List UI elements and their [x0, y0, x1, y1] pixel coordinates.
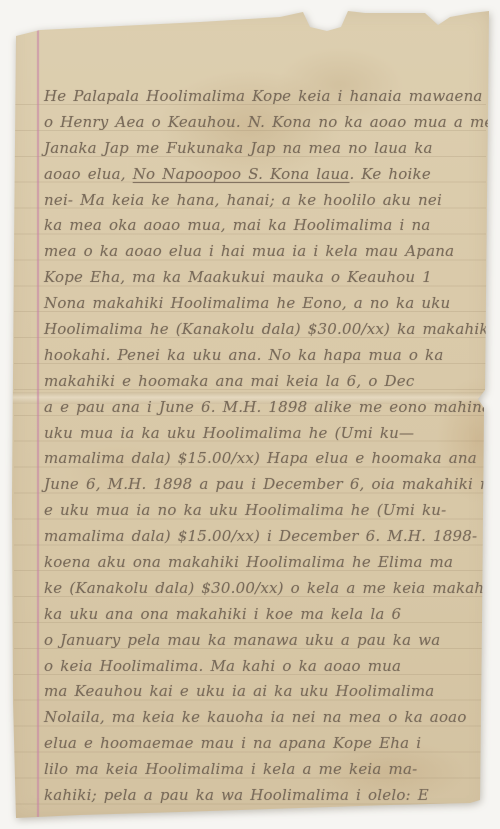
margin-line [37, 28, 39, 817]
handwritten-line: o January pela mau ka manawa uku a pau k… [44, 628, 474, 654]
line-text: ke (Kanakolu dala) $30.00/xx) o kela a m… [44, 579, 500, 597]
line-text: aoao elua, [44, 165, 133, 183]
handwritten-line: ma Keauhou kai e uku ia ai ka uku Hoolim… [44, 679, 474, 705]
line-text: ka mea oka aoao mua, mai ka Hoolimalima … [44, 216, 430, 234]
handwritten-line: Nolaila, ma keia ke kauoha ia nei na mea… [44, 705, 474, 731]
line-text: . Ke hoike [349, 165, 430, 183]
line-text: ka uku ana ona makahiki i koe ma kela la… [44, 605, 401, 623]
line-text: a e pau ana i June 6. M.H. 1898 alike me… [44, 398, 500, 416]
line-text: Hoolimalima he (Kanakolu dala) $30.00/xx… [44, 320, 494, 338]
line-text: o keia Hoolimalima. Ma kahi o ka aoao mu… [44, 657, 401, 675]
handwritten-line: mamalima dala) $15.00/xx) Hapa elua e ho… [44, 446, 474, 472]
handwritten-line: o keia Hoolimalima. Ma kahi o ka aoao mu… [44, 654, 474, 680]
line-text: He Palapala Hoolimalima Kope keia i hana… [44, 87, 483, 105]
paper-shadow: He Palapala Hoolimalima Kope keia i hana… [0, 0, 500, 829]
handwritten-line: He Palapala Hoolimalima Kope keia i hana… [44, 84, 474, 110]
line-text: mamalima dala) $15.00/xx) Hapa elua e ho… [44, 449, 500, 467]
handwritten-line: Nona makahiki Hoolimalima he Eono, a no … [44, 291, 474, 317]
handwritten-line: ka uku ana ona makahiki i koe ma kela la… [44, 602, 474, 628]
line-text: ma Keauhou kai e uku ia ai ka uku Hoolim… [44, 682, 434, 700]
handwritten-line: nei- Ma keia ke hana, hanai; a ke hoolil… [44, 188, 474, 214]
handwritten-line: makahiki e hoomaka ana mai keia la 6, o … [44, 369, 474, 395]
line-text: mea o ka aoao elua i hai mua ia i kela m… [44, 242, 454, 260]
handwritten-line: Kope Eha, ma ka Maakukui mauka o Keauhou… [44, 265, 474, 291]
handwritten-line: a e pau ana i June 6. M.H. 1898 alike me… [44, 395, 474, 421]
line-text: koena aku ona makahiki Hoolimalima he El… [44, 553, 453, 571]
handwritten-line: mea o ka aoao elua i hai mua ia i kela m… [44, 239, 474, 265]
handwritten-line: mamalima dala) $15.00/xx) i December 6. … [44, 524, 474, 550]
handwritten-line: ka mea oka aoao mua, mai ka Hoolimalima … [44, 213, 474, 239]
line-text: elua e hoomaemae mau i na apana Kope Eha… [44, 734, 421, 752]
handwritten-line: ke (Kanakolu dala) $30.00/xx) o kela a m… [44, 576, 474, 602]
line-text: Janaka Jap me Fukunaka Jap na mea no lau… [44, 139, 433, 157]
handwritten-line: uku mua ia ka uku Hoolimalima he (Umi ku… [44, 421, 474, 447]
document-lines: He Palapala Hoolimalima Kope keia i hana… [44, 84, 474, 809]
line-text: nei- Ma keia ke hana, hanai; a ke hoolil… [44, 191, 442, 209]
line-text: June 6, M.H. 1898 a pau i December 6, oi… [44, 475, 499, 493]
line-text: makahiki e hoomaka ana mai keia la 6, o … [44, 372, 414, 390]
handwritten-line: elua e hoomaemae mau i na apana Kope Eha… [44, 731, 474, 757]
scan-backdrop: He Palapala Hoolimalima Kope keia i hana… [0, 0, 500, 829]
line-text: mamalima dala) $15.00/xx) i December 6. … [44, 527, 500, 545]
line-text: hookahi. Penei ka uku ana. No ka hapa mu… [44, 346, 443, 364]
handwritten-line: Janaka Jap me Fukunaka Jap na mea no lau… [44, 136, 474, 162]
line-text: o January pela mau ka manawa uku a pau k… [44, 631, 440, 649]
handwritten-line: Hoolimalima he (Kanakolu dala) $30.00/xx… [44, 317, 474, 343]
line-text: o Henry Aea o Keauhou. N. Kona no ka aoa… [44, 113, 494, 131]
handwritten-line: o Henry Aea o Keauhou. N. Kona no ka aoa… [44, 110, 474, 136]
line-text: uku mua ia ka uku Hoolimalima he (Umi ku… [44, 424, 414, 442]
handwritten-line: June 6, M.H. 1898 a pau i December 6, oi… [44, 472, 474, 498]
handwritten-line: koena aku ona makahiki Hoolimalima he El… [44, 550, 474, 576]
line-text: Kope Eha, ma ka Maakukui mauka o Keauhou… [44, 268, 432, 286]
underlined-text: No Napoopoo S. Kona laua [133, 165, 350, 183]
handwritten-line: lilo ma keia Hoolimalima i kela a me kei… [44, 757, 474, 783]
handwritten-line: kahiki; pela a pau ka wa Hoolimalima i o… [44, 783, 474, 809]
line-text: kahiki; pela a pau ka wa Hoolimalima i o… [44, 786, 429, 804]
handwritten-line: hookahi. Penei ka uku ana. No ka hapa mu… [44, 343, 474, 369]
handwritten-line: e uku mua ia no ka uku Hoolimalima he (U… [44, 498, 474, 524]
line-text: Nona makahiki Hoolimalima he Eono, a no … [44, 294, 450, 312]
handwritten-line: aoao elua, No Napoopoo S. Kona laua. Ke … [44, 162, 474, 188]
paper-sheet: He Palapala Hoolimalima Kope keia i hana… [0, 0, 500, 829]
line-text: Nolaila, ma keia ke kauoha ia nei na mea… [44, 708, 467, 726]
line-text: lilo ma keia Hoolimalima i kela a me kei… [44, 760, 417, 778]
line-text: e uku mua ia no ka uku Hoolimalima he (U… [44, 501, 446, 519]
